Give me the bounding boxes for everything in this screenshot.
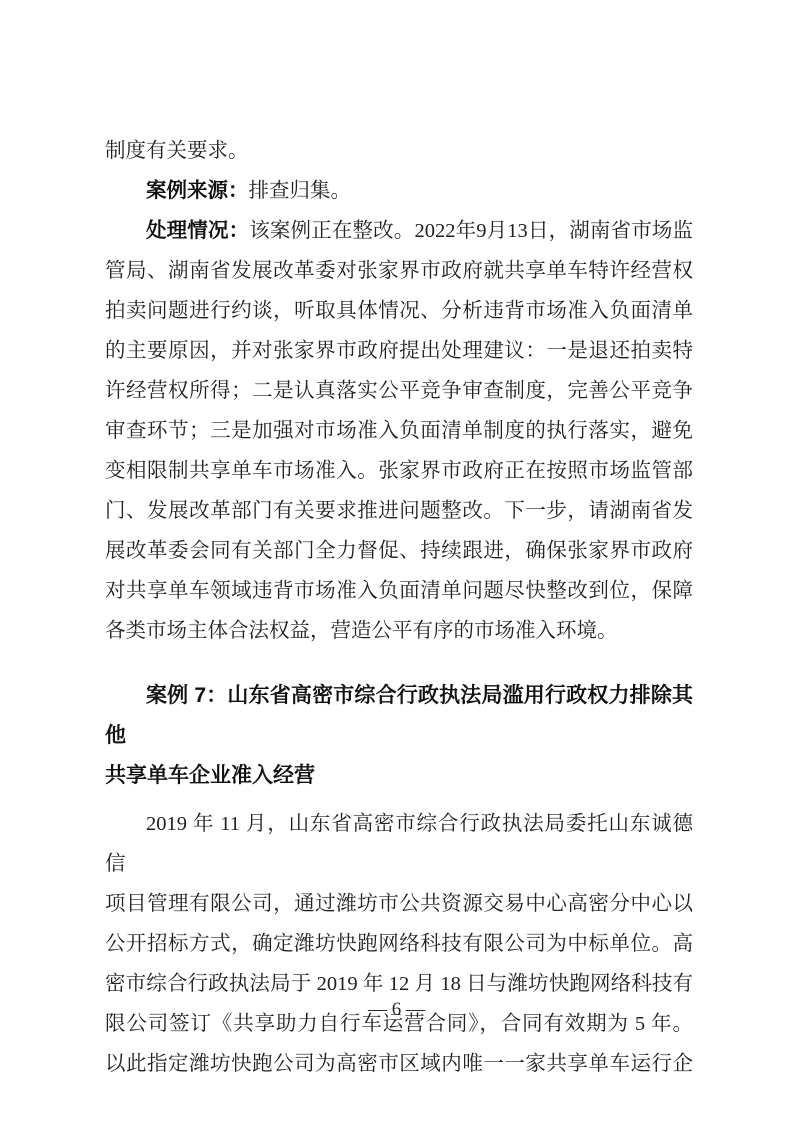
case-source-line: 案例来源：排查归集。	[105, 171, 693, 211]
handling-status-first-line-text: 该案例正在整改。2022年9月13日，湖南省市场监	[249, 220, 693, 242]
body-line: 门、发展改革部门有关要求推进问题整改。下一步，请湖南省发	[105, 491, 693, 531]
page-footer: — 6 —	[0, 999, 793, 1021]
paragraph-continuation-line: 制度有关要求。	[105, 131, 693, 171]
case7-heading-line1: 案例 7：山东省高密市综合行政执法局滥用行政权力排除其他	[105, 676, 693, 756]
case-source-text: 排查归集。	[249, 180, 352, 202]
handling-status-first-line: 处理情况：该案例正在整改。2022年9月13日，湖南省市场监	[105, 211, 693, 251]
body-line: 项目管理有限公司，通过潍坊市公共资源交易中心高密分中心以	[105, 884, 693, 924]
page-body: 制度有关要求。 案例来源：排查归集。 处理情况：该案例正在整改。2022年9月1…	[105, 131, 693, 1084]
body-line: 公开招标方式，确定潍坊快跑网络科技有限公司为中标单位。高	[105, 924, 693, 964]
body-line: 管局、湖南省发展改革委对张家界市政府就共享单车特许经营权	[105, 251, 693, 291]
body-line: 的主要原因，并对张家界市政府提出处理建议：一是退还拍卖特	[105, 331, 693, 371]
case7-paragraph: 2019 年 11 月，山东省高密市综合行政执法局委托山东诚德信 项目管理有限公…	[105, 804, 693, 1084]
body-line: 审查环节；三是加强对市场准入负面清单制度的执行落实，避免	[105, 411, 693, 451]
handling-status-paragraph: 处理情况：该案例正在整改。2022年9月13日，湖南省市场监 管局、湖南省发展改…	[105, 211, 693, 651]
body-line: 拍卖问题进行约谈，听取具体情况、分析违背市场准入负面清单	[105, 291, 693, 331]
body-line: 展改革委会同有关部门全力督促、持续跟进，确保张家界市政府	[105, 531, 693, 571]
body-line: 2019 年 11 月，山东省高密市综合行政执法局委托山东诚德信	[105, 804, 693, 884]
body-line: 以此指定潍坊快跑公司为高密市区域内唯一一家共享单车运行企	[105, 1044, 693, 1084]
document-page: 制度有关要求。 案例来源：排查归集。 处理情况：该案例正在整改。2022年9月1…	[0, 0, 793, 1122]
handling-status-label: 处理情况：	[146, 219, 249, 242]
case7-heading: 案例 7：山东省高密市综合行政执法局滥用行政权力排除其他 共享单车企业准入经营	[105, 676, 693, 796]
case-source-label: 案例来源：	[146, 179, 249, 202]
body-line: 变相限制共享单车市场准入。张家界市政府正在按照市场监管部	[105, 451, 693, 491]
body-line: 许经营权所得；二是认真落实公平竞争审查制度，完善公平竞争	[105, 371, 693, 411]
body-line: 对共享单车领域违背市场准入负面清单问题尽快整改到位，保障	[105, 571, 693, 611]
body-line: 各类市场主体合法权益，营造公平有序的市场准入环境。	[105, 611, 693, 651]
page-number: — 6 —	[368, 999, 425, 1020]
body-line: 密市综合行政执法局于 2019 年 12 月 18 日与潍坊快跑网络科技有	[105, 964, 693, 1004]
case7-heading-line2: 共享单车企业准入经营	[105, 756, 693, 796]
